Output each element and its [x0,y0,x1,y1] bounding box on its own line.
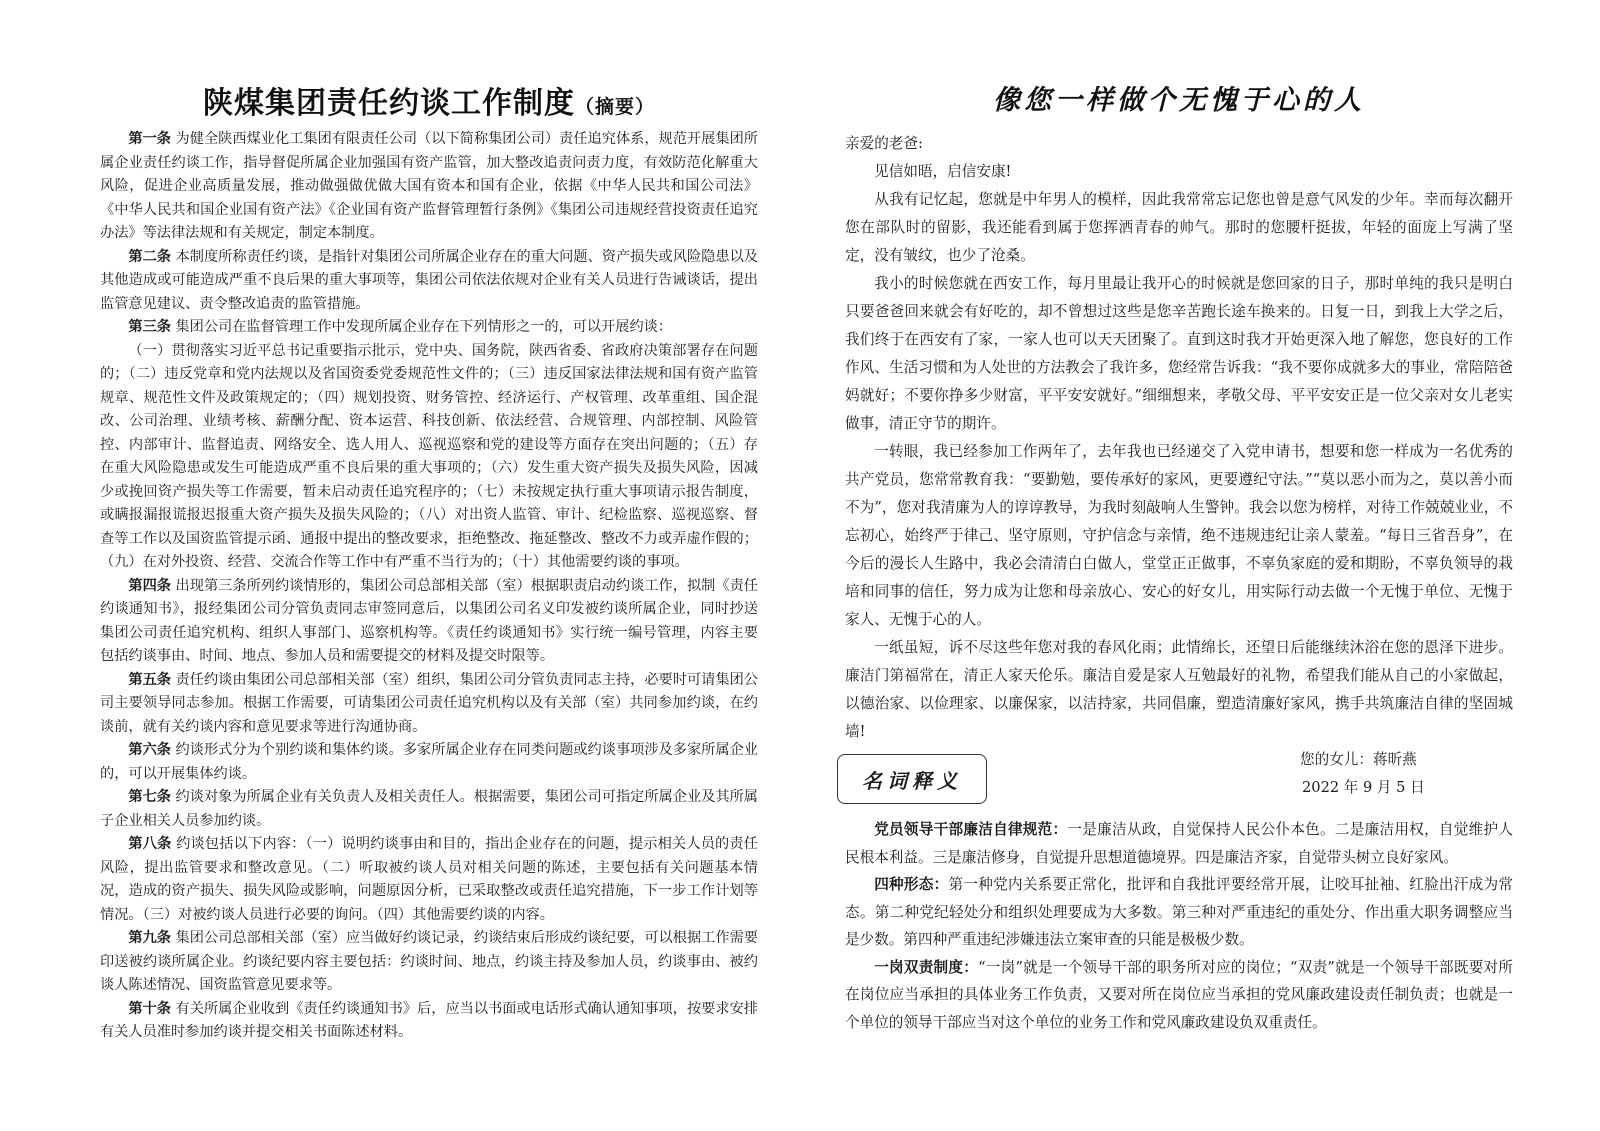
letter-body: 亲爱的老爸: 见信如晤，启信安康! 从我有记忆起，您就是中年男人的模样，因此我常… [845,130,1513,802]
letter-greeting: 见信如晤，启信安康! [845,158,1513,186]
glossary-term: 一岗双责制度： [874,959,978,976]
letter-paragraph: 一转眼，我已经参加工作两年了，去年我也已经递交了入党申请书，想要和您一样成为一名… [845,438,1513,634]
glossary-entry: 党员领导干部廉洁自律规范：一是廉洁从政，自觉保持人民公仆本色。二是廉洁用权，自觉… [845,816,1513,871]
article-9: 第九条 集团公司总部相关部（室）应当做好约谈记录，约谈结束后形成约谈纪要，可以根… [100,927,758,998]
article-3: 第三条 集团公司在监督管理工作中发现所属企业存在下列情形之一的，可以开展约谈： [100,316,758,340]
title-main: 陕煤集团责任约谈工作制度 [203,87,575,120]
article-3-items: （一）贯彻落实习近平总书记重要指示批示，党中央、国务院，陕西省委、省政府决策部署… [100,340,758,575]
article-label: 第四条 [128,578,171,594]
article-text: 责任约谈由集团公司总部相关部（室）组织，集团公司分管负责同志主持，必要时可请集团… [100,672,758,735]
title-suffix: （摘要） [575,97,655,118]
article-label: 第八条 [128,836,171,852]
article-10: 第十条 有关所属企业收到《责任约谈通知书》后，应当以书面或电话形式确认通知事项，… [100,998,758,1045]
article-text: 集团公司在监督管理工作中发现所属企业存在下列情形之一的，可以开展约谈： [171,319,672,335]
glossary-heading-box: 名词释义 [837,754,987,804]
article-text: 本制度所称责任约谈，是指针对集团公司所属企业存在的重大问题、资产损失或风险隐患以… [100,249,758,312]
article-7: 第七条 约谈对象为所属企业有关负责人及相关责任人。根据需要，集团公司可指定所属企… [100,786,758,833]
article-label: 第三条 [128,319,171,335]
letter-paragraph: 我小的时候您就在西安工作，每月里最让我开心的时候就是您回家的日子，那时单纯的我只… [845,270,1513,438]
letter-paragraph: 一纸虽短，诉不尽这些年您对我的春风化雨；此情绵长，还望日后能继续沐浴在您的恩泽下… [845,634,1513,746]
article-text: 约谈对象为所属企业有关负责人及相关责任人。根据需要，集团公司可指定所属企业及其所… [100,789,758,829]
glossary-entry: 四种形态：第一种党内关系要正常化，批评和自我批评要经常开展，让咬耳扯袖、红脸出汗… [845,871,1513,954]
letter-title: 像您一样做个无愧于心的人 [845,78,1513,117]
glossary-term: 党员领导干部廉洁自律规范： [874,821,1067,838]
article-text: 有关所属企业收到《责任约谈通知书》后，应当以书面或电话形式确认通知事项，按要求安… [100,1001,758,1041]
article-text: （一）贯彻落实习近平总书记重要指示批示，党中央、国务院，陕西省委、省政府决策部署… [100,343,758,571]
article-label: 第五条 [128,672,171,688]
article-label: 第七条 [128,789,171,805]
article-label: 第十条 [128,1001,171,1017]
article-8: 第八条 约谈包括以下内容：（一）说明约谈事由和目的，指出企业存在的问题，提示相关… [100,833,758,927]
article-label: 第九条 [128,930,171,946]
glossary-entry: 一岗双责制度：“一岗”就是一个领导干部的职务所对应的岗位；“双责”就是一个领导干… [845,954,1513,1037]
article-text: 为健全陕西煤业化工集团有限责任公司（以下简称集团公司）责任追究体系，规范开展集团… [100,131,758,241]
article-2: 第二条 本制度所称责任约谈，是指针对集团公司所属企业存在的重大问题、资产损失或风… [100,246,758,317]
article-text: 约谈形式分为个别约谈和集体约谈。多家所属企业存在同类问题或约谈事项涉及多家所属企… [100,742,758,782]
article-6: 第六条 约谈形式分为个别约谈和集体约谈。多家所属企业存在同类问题或约谈事项涉及多… [100,739,758,786]
article-label: 第一条 [128,131,171,147]
left-page-title: 陕煤集团责任约谈工作制度（摘要） [100,78,758,122]
regulation-body: 第一条 为健全陕西煤业化工集团有限责任公司（以下简称集团公司）责任追究体系，规范… [100,128,758,1045]
letter-paragraph: 从我有记忆起，您就是中年男人的模样，因此我常常忘记您也曾是意气风发的少年。幸而每… [845,186,1513,270]
article-label: 第六条 [128,742,171,758]
article-4: 第四条 出现第三条所列约谈情形的，集团公司总部相关部（室）根据职责启动约谈工作，… [100,575,758,669]
article-text: 出现第三条所列约谈情形的，集团公司总部相关部（室）根据职责启动约谈工作，拟制《责… [100,578,758,665]
article-text: 集团公司总部相关部（室）应当做好约谈记录，约谈结束后形成约谈纪要，可以根据工作需… [100,930,758,993]
article-label: 第二条 [128,249,171,265]
article-5: 第五条 责任约谈由集团公司总部相关部（室）组织，集团公司分管负责同志主持，必要时… [100,669,758,740]
glossary: 党员领导干部廉洁自律规范：一是廉洁从政，自觉保持人民公仆本色。二是廉洁用权，自觉… [845,816,1513,1036]
article-1: 第一条 为健全陕西煤业化工集团有限责任公司（以下简称集团公司）责任追究体系，规范… [100,128,758,246]
letter-salutation: 亲爱的老爸: [845,130,1513,158]
article-text: 约谈包括以下内容：（一）说明约谈事由和目的，指出企业存在的问题，提示相关人员的责… [100,836,758,923]
glossary-term: 四种形态： [874,876,948,893]
